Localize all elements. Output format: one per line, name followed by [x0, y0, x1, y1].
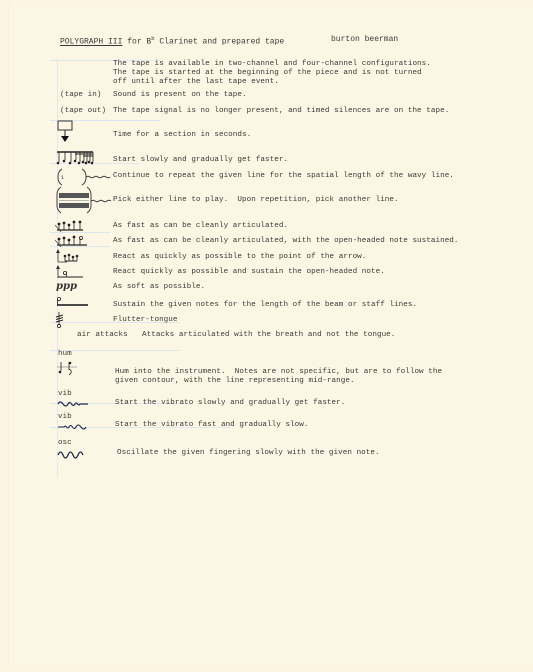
osc-label: osc: [58, 439, 72, 447]
legend-text: Time for a section in seconds.: [113, 131, 251, 141]
vibrato-accel-icon: [58, 399, 94, 407]
arrow-open-note-icon: [55, 264, 85, 280]
legend-text: As fast as can be cleanly articulated, w…: [113, 237, 459, 247]
repeat-bracket-wavy-icon: 1: [56, 167, 112, 187]
legend-text: React quickly as possible and sustain th…: [113, 268, 385, 278]
legend-text: given contour, with the line representin…: [115, 377, 355, 387]
ppp-icon: ppp: [55, 280, 77, 294]
fast-notes-icon: [55, 219, 85, 233]
symbol-tape-out: (tape out): [60, 107, 106, 117]
legend-text: The tape signal is no longer present, an…: [113, 107, 449, 117]
box-arrow-icon: [57, 120, 75, 144]
intro-line: off until after the last tape event.: [113, 78, 279, 88]
legend-text: As fast as can be cleanly articulated.: [113, 222, 288, 232]
legend-text: As soft as possible.: [113, 283, 205, 293]
legend-text: React as quickly as possible to the poin…: [113, 253, 366, 263]
arrow-notes-icon: [55, 248, 85, 264]
svg-text:1: 1: [61, 175, 64, 181]
legend-text: Attacks articulated with the breath and …: [142, 331, 395, 341]
vibrato-decel-icon: [58, 422, 94, 430]
legend-text: Start the vibrato slowly and gradually g…: [115, 399, 345, 409]
piece-title: POLYGRAPH III for Bb Clarinet and prepar…: [60, 35, 284, 47]
sustain-beam-icon: [56, 296, 90, 308]
vib-label: vib: [58, 390, 72, 398]
hum-label: hum: [58, 350, 72, 358]
legend-text: Start slowly and gradually get faster.: [113, 156, 288, 166]
vib-label: vib: [58, 413, 72, 421]
legend-text: Sustain the given notes for the length o…: [113, 301, 417, 311]
flutter-tongue-icon: [56, 311, 70, 329]
fast-notes-sustained-icon: [55, 234, 89, 248]
hum-contour-icon: [57, 360, 79, 376]
accelerando-beams-icon: [55, 150, 95, 166]
legend-text: Sound is present on the tape.: [113, 91, 247, 101]
legend-text: Continue to repeat the given line for th…: [113, 172, 454, 182]
symbol-air-attacks: air attacks: [77, 331, 128, 341]
symbol-tape-in: (tape in): [60, 91, 101, 101]
composer-name: burton beerman: [331, 35, 398, 44]
legend-text: Pick either line to play. Upon repetitio…: [113, 196, 399, 206]
svg-text:ppp: ppp: [56, 281, 77, 292]
legend-text: Oscillate the given fingering slowly wit…: [117, 449, 380, 459]
oscillate-icon: [58, 449, 90, 458]
legend-text: Start the vibrato fast and gradually slo…: [115, 421, 309, 431]
pick-line-bracket-icon: [56, 186, 112, 214]
legend-text: Flutter-tongue: [113, 316, 178, 326]
